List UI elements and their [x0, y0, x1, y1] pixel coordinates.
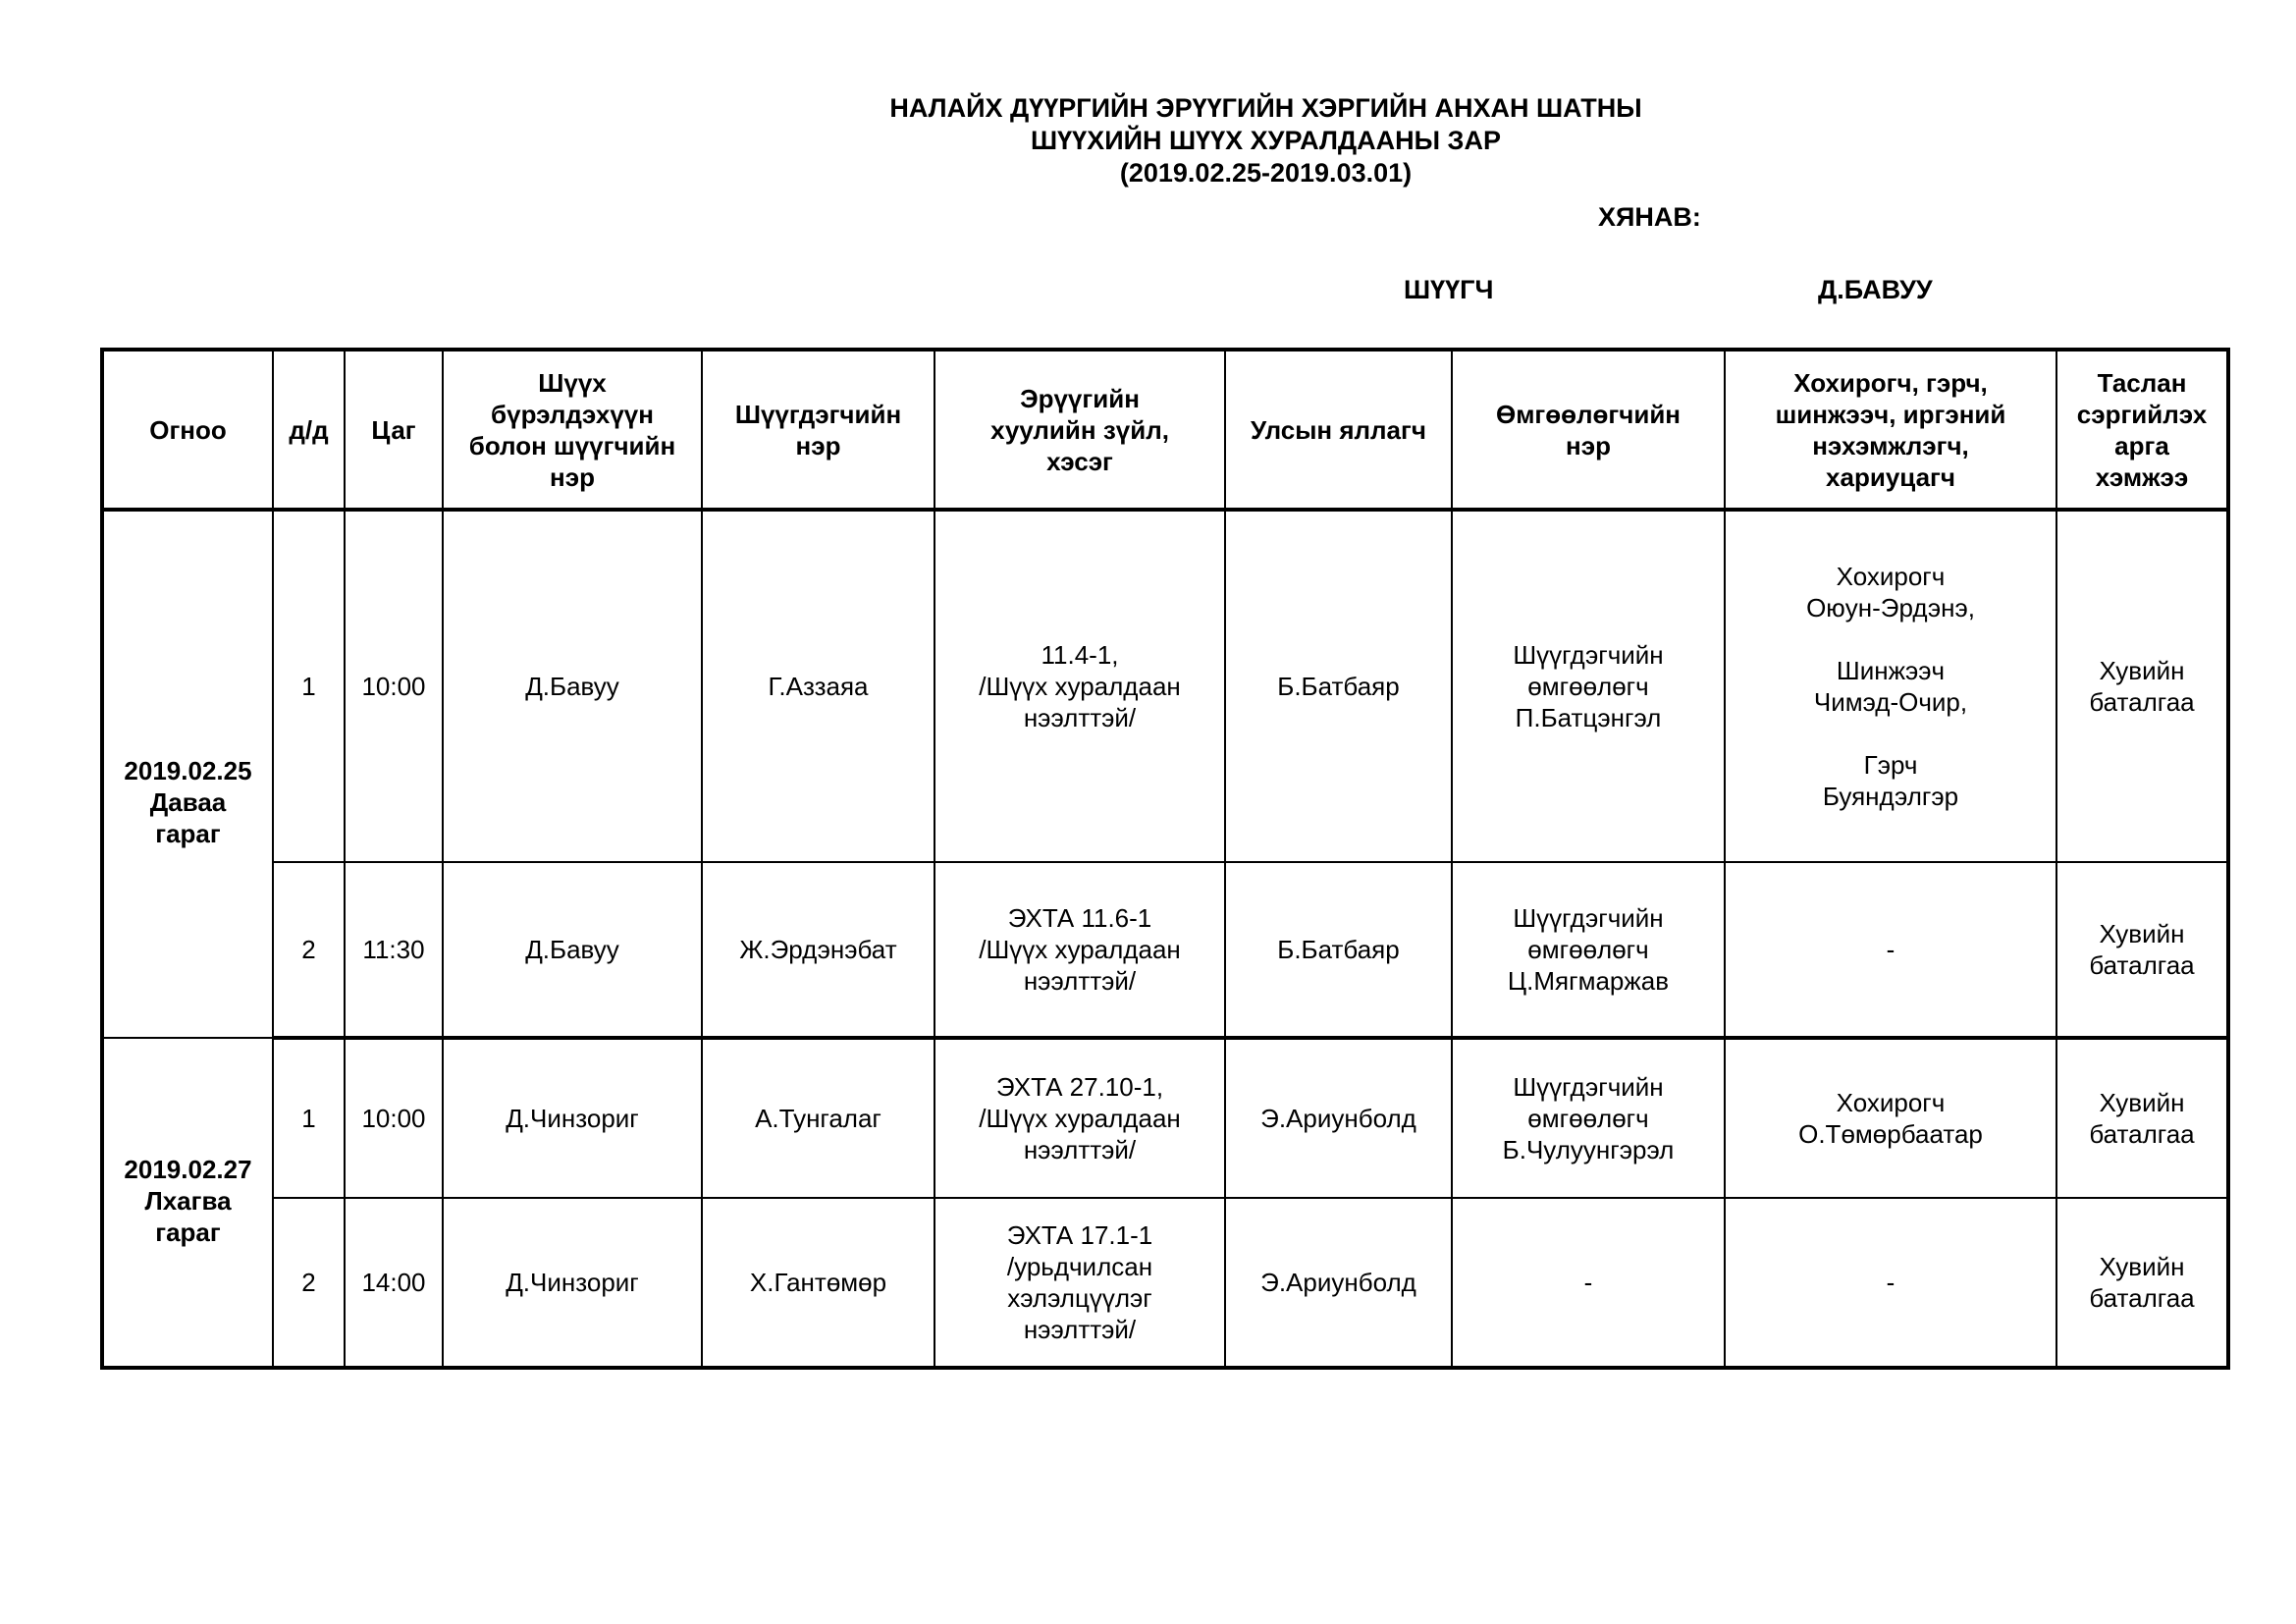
defendant-name-cell: А.Тунгалаг: [702, 1038, 934, 1198]
hearing-time: 11:30: [345, 862, 443, 1038]
judge-name-cell: Д.Чинзориг: [443, 1038, 702, 1198]
judge-name-cell: Д.Бавуу: [443, 862, 702, 1038]
defendant-name-cell: Х.Гантөмөр: [702, 1198, 934, 1368]
participants-cell: Хохирогч Оюун-Эрдэнэ, Шинжээч Чимэд-Очир…: [1725, 510, 2056, 862]
prosecutor-cell: Э.Ариунболд: [1225, 1198, 1452, 1368]
table-row: 2019.02.27 Лхагва гараг 1 10:00 Д.Чинзор…: [102, 1038, 2228, 1198]
document-title: НАЛАЙХ ДҮҮРГИЙН ЭРҮҮГИЙН ХЭРГИЙН АНХАН Ш…: [0, 92, 2296, 189]
participants-cell: Хохирогч О.Төмөрбаатар: [1725, 1038, 2056, 1198]
hearing-time: 10:00: [345, 1038, 443, 1198]
defender-cell: Шүүгдэгчийн өмгөөлөгч Ц.Мягмаржав: [1452, 862, 1725, 1038]
approval-label: ХЯНАВ:: [1598, 202, 1701, 233]
preventive-measure-cell: Хувийн баталгаа: [2056, 1038, 2228, 1198]
hearing-time: 10:00: [345, 510, 443, 862]
article-cell: 11.4-1, /Шүүх хуралдаан нээлттэй/: [934, 510, 1225, 862]
row-number: 1: [273, 510, 345, 862]
hearing-schedule-table: Огноо д/д Цаг Шүүх бүрэлдэхүүн болон шүү…: [100, 348, 2230, 1370]
defender-cell: -: [1452, 1198, 1725, 1368]
judge-name-cell: Д.Бавуу: [443, 510, 702, 862]
article-cell: ЭХТА 11.6-1 /Шүүх хуралдаан нээлттэй/: [934, 862, 1225, 1038]
judge-name: Д.БАВУУ: [1818, 275, 1933, 305]
judge-name-cell: Д.Чинзориг: [443, 1198, 702, 1368]
column-header-time: Цаг: [345, 350, 443, 510]
defender-cell: Шүүгдэгчийн өмгөөлөгч Б.Чулуунгэрэл: [1452, 1038, 1725, 1198]
defender-cell: Шүүгдэгчийн өмгөөлөгч П.Батцэнгэл: [1452, 510, 1725, 862]
row-number: 2: [273, 862, 345, 1038]
prosecutor-cell: Б.Батбаяр: [1225, 862, 1452, 1038]
participants-cell: -: [1725, 1198, 2056, 1368]
participants-cell: -: [1725, 862, 2056, 1038]
judge-role-label: ШҮҮГЧ: [1404, 275, 1493, 305]
table-row: 2 14:00 Д.Чинзориг Х.Гантөмөр ЭХТА 17.1-…: [102, 1198, 2228, 1368]
preventive-measure-cell: Хувийн баталгаа: [2056, 862, 2228, 1038]
prosecutor-cell: Э.Ариунболд: [1225, 1038, 1452, 1198]
preventive-measure-cell: Хувийн баталгаа: [2056, 510, 2228, 862]
prosecutor-cell: Б.Батбаяр: [1225, 510, 1452, 862]
article-cell: ЭХТА 17.1-1 /урьдчилсан хэлэлцүүлэг нээл…: [934, 1198, 1225, 1368]
hearing-time: 14:00: [345, 1198, 443, 1368]
date-cell: 2019.02.25 Даваа гараг: [102, 510, 273, 1038]
table-header-row: Огноо д/д Цаг Шүүх бүрэлдэхүүн болон шүү…: [102, 350, 2228, 510]
date-cell: 2019.02.27 Лхагва гараг: [102, 1038, 273, 1368]
title-line-2: ШҮҮХИЙН ШҮҮХ ХУРАЛДААНЫ ЗАР: [118, 125, 2296, 157]
preventive-measure-cell: Хувийн баталгаа: [2056, 1198, 2228, 1368]
title-line-1: НАЛАЙХ ДҮҮРГИЙН ЭРҮҮГИЙН ХЭРГИЙН АНХАН Ш…: [118, 92, 2296, 125]
row-number: 2: [273, 1198, 345, 1368]
column-header-article: Эрүүгийн хуулийн зүйл, хэсэг: [934, 350, 1225, 510]
column-header-prosecutor: Улсын яллагч: [1225, 350, 1452, 510]
column-header-defender: Өмгөөлөгчийн нэр: [1452, 350, 1725, 510]
column-header-defendant: Шүүгдэгчийн нэр: [702, 350, 934, 510]
defendant-name-cell: Г.Аззаяа: [702, 510, 934, 862]
column-header-preventive-measure: Таслан сэргийлэх арга хэмжээ: [2056, 350, 2228, 510]
row-number: 1: [273, 1038, 345, 1198]
table-row: 2 11:30 Д.Бавуу Ж.Эрдэнэбат ЭХТА 11.6-1 …: [102, 862, 2228, 1038]
table-row: 2019.02.25 Даваа гараг 1 10:00 Д.Бавуу Г…: [102, 510, 2228, 862]
column-header-number: д/д: [273, 350, 345, 510]
column-header-judge: Шүүх бүрэлдэхүүн болон шүүгчийн нэр: [443, 350, 702, 510]
column-header-date: Огноо: [102, 350, 273, 510]
title-line-3-date-range: (2019.02.25-2019.03.01): [118, 157, 2296, 189]
defendant-name-cell: Ж.Эрдэнэбат: [702, 862, 934, 1038]
article-cell: ЭХТА 27.10-1, /Шүүх хуралдаан нээлттэй/: [934, 1038, 1225, 1198]
column-header-participants: Хохирогч, гэрч, шинжээч, иргэний нэхэмжл…: [1725, 350, 2056, 510]
